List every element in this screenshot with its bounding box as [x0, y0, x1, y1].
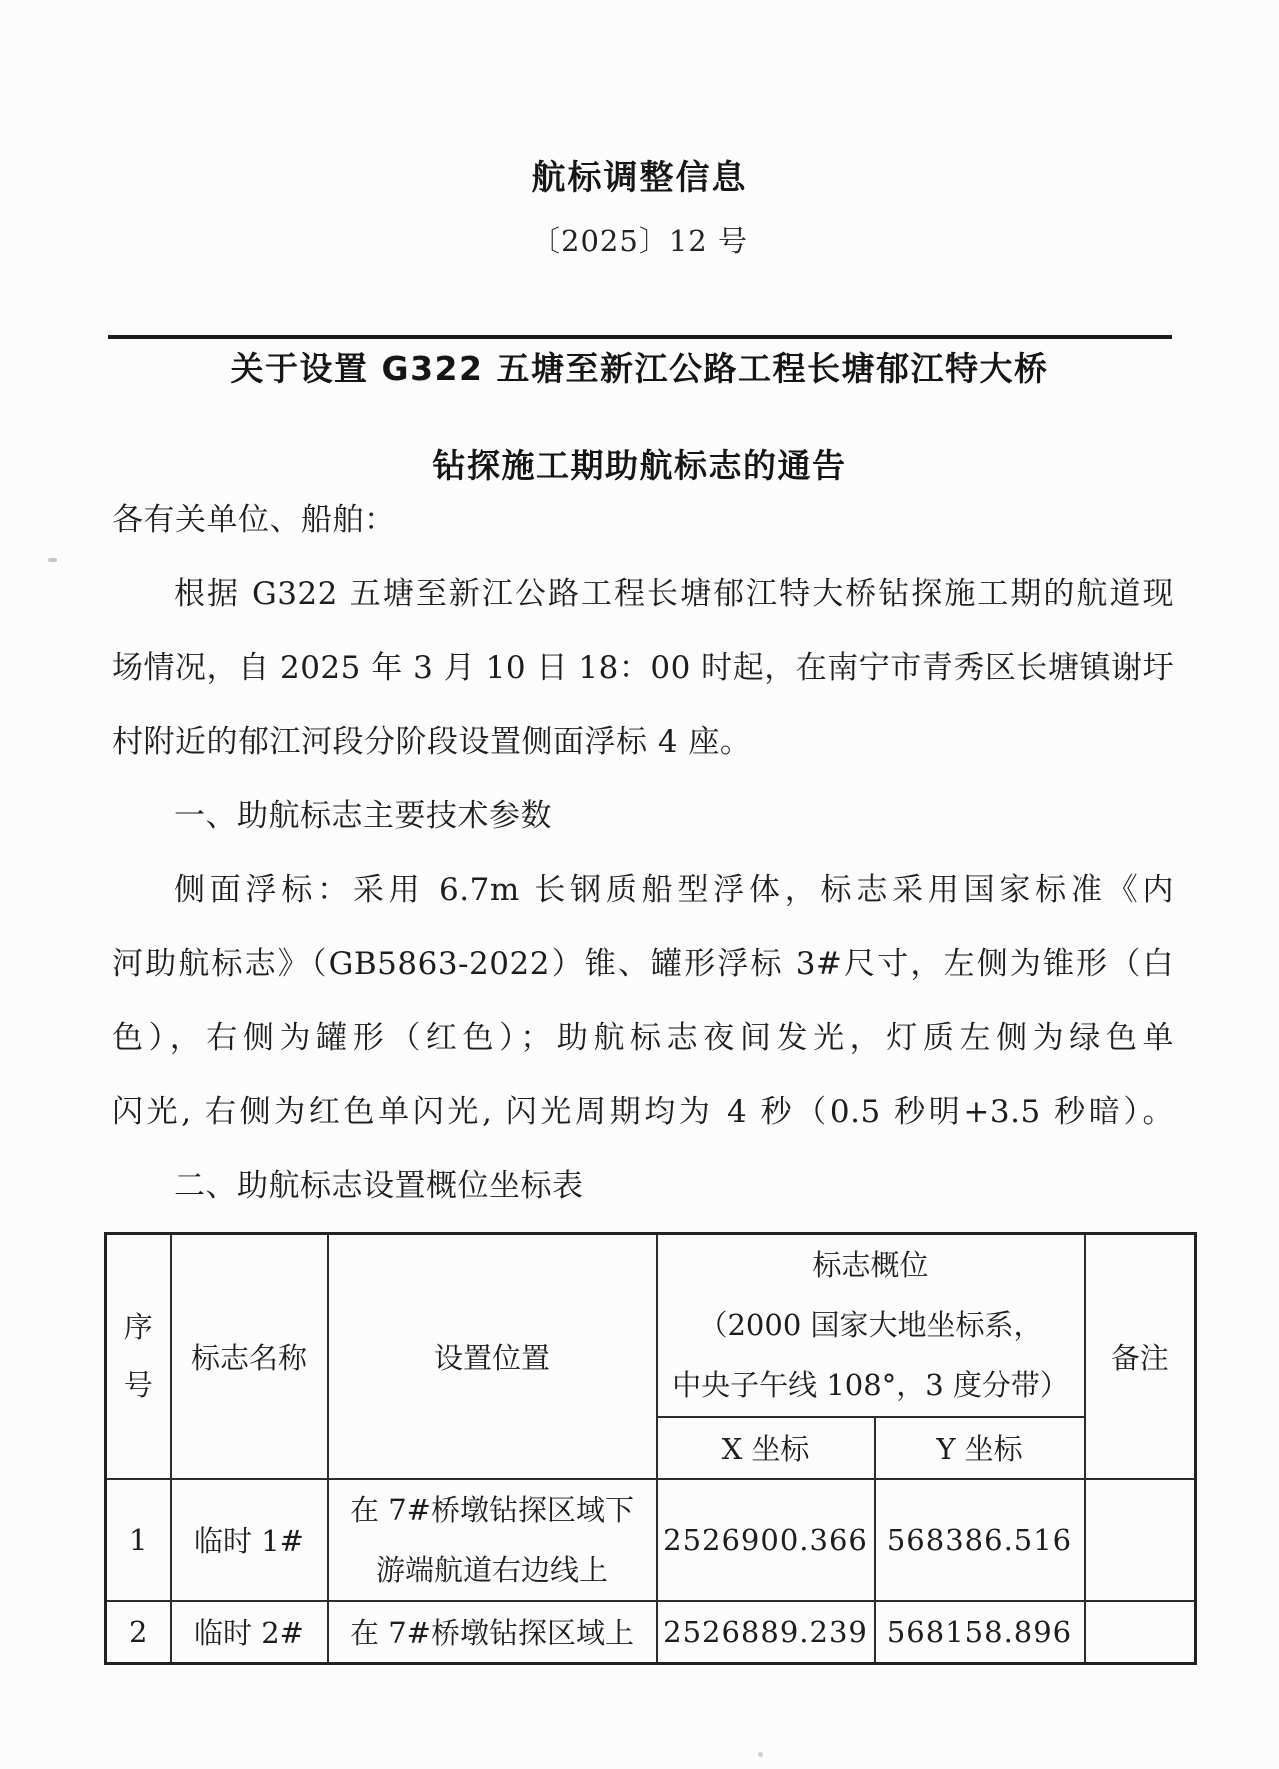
- cell-y-coordinate: 568386.516: [875, 1479, 1085, 1601]
- document-page: 航标调整信息 〔2025〕12 号 关于设置 G322 五塘至新江公路工程长塘郁…: [0, 0, 1279, 1769]
- location-line1: 在 7#桥墩钻探区域下: [329, 1480, 656, 1540]
- body-text: 各有关单位、船舶： 根据 G322 五塘至新江公路工程长塘郁江特大桥钻探施工期的…: [112, 483, 1174, 1223]
- notice-heading-line2: 钻探施工期助航标志的通告: [0, 440, 1279, 487]
- document-title: 航标调整信息: [0, 150, 1279, 199]
- notice-heading-line1: 关于设置 G322 五塘至新江公路工程长塘郁江特大桥: [0, 343, 1279, 390]
- body-line: 闪光, 右侧为红色单闪光, 闪光周期均为 4 秒（0.5 秒明+3.5 秒暗）。: [112, 1075, 1174, 1149]
- col-header-position-group: 标志概位 （2000 国家大地坐标系， 中央子午线 108°，3 度分带）: [657, 1234, 1085, 1417]
- cell-x-coordinate: 2526889.239: [657, 1601, 875, 1664]
- cell-remark: [1085, 1601, 1196, 1664]
- table-row: 1 临时 1# 在 7#桥墩钻探区域下 游端航道右边线上 2526900.366…: [106, 1479, 1196, 1601]
- scan-artifact: [758, 1752, 763, 1757]
- cell-name: 临时 2#: [171, 1601, 328, 1664]
- cell-location: 在 7#桥墩钻探区域下 游端航道右边线上: [328, 1479, 657, 1601]
- col-header-x: X 坐标: [657, 1417, 875, 1479]
- body-line: 色），右侧为罐形（红色）；助航标志夜间发光，灯质左侧为绿色单: [112, 1001, 1174, 1075]
- position-group-line3: 中央子午线 108°，3 度分带）: [658, 1355, 1084, 1415]
- cell-x-coordinate: 2526900.366: [657, 1479, 875, 1601]
- scan-artifact: [48, 558, 57, 562]
- coordinate-table: 序号 标志名称 设置位置 标志概位 （2000 国家大地坐标系， 中央子午线 1…: [104, 1232, 1197, 1665]
- cell-location: 在 7#桥墩钻探区域上: [328, 1601, 657, 1664]
- body-line: 一、助航标志主要技术参数: [112, 779, 1174, 853]
- body-line: 二、助航标志设置概位坐标表: [112, 1149, 1174, 1223]
- col-header-remark: 备注: [1085, 1234, 1196, 1479]
- position-group-line1: 标志概位: [658, 1235, 1084, 1295]
- document-number: 〔2025〕12 号: [0, 219, 1279, 260]
- cell-seq: 2: [106, 1601, 171, 1664]
- body-line: 各有关单位、船舶：: [112, 483, 1174, 557]
- cell-name: 临时 1#: [171, 1479, 328, 1601]
- body-line: 侧面浮标：采用 6.7m 长钢质船型浮体，标志采用国家标准《内: [112, 853, 1174, 927]
- col-header-y: Y 坐标: [875, 1417, 1085, 1479]
- body-line: 河助航标志》（GB5863-2022）锥、罐形浮标 3#尺寸，左侧为锥形（白: [112, 927, 1174, 1001]
- cell-seq: 1: [106, 1479, 171, 1601]
- col-header-name: 标志名称: [171, 1234, 328, 1479]
- col-header-location: 设置位置: [328, 1234, 657, 1479]
- body-line: 根据 G322 五塘至新江公路工程长塘郁江特大桥钻探施工期的航道现: [112, 557, 1174, 631]
- body-line: 村附近的郁江河段分阶段设置侧面浮标 4 座。: [112, 705, 1174, 779]
- cell-remark: [1085, 1479, 1196, 1601]
- body-line: 场情况，自 2025 年 3 月 10 日 18：00 时起，在南宁市青秀区长塘…: [112, 631, 1174, 705]
- col-header-seq: 序号: [106, 1234, 171, 1479]
- location-line2: 游端航道右边线上: [329, 1540, 656, 1600]
- position-group-line2: （2000 国家大地坐标系，: [658, 1295, 1084, 1355]
- horizontal-rule: [108, 335, 1172, 339]
- table-row: 2 临时 2# 在 7#桥墩钻探区域上 2526889.239 568158.8…: [106, 1601, 1196, 1664]
- cell-y-coordinate: 568158.896: [875, 1601, 1085, 1664]
